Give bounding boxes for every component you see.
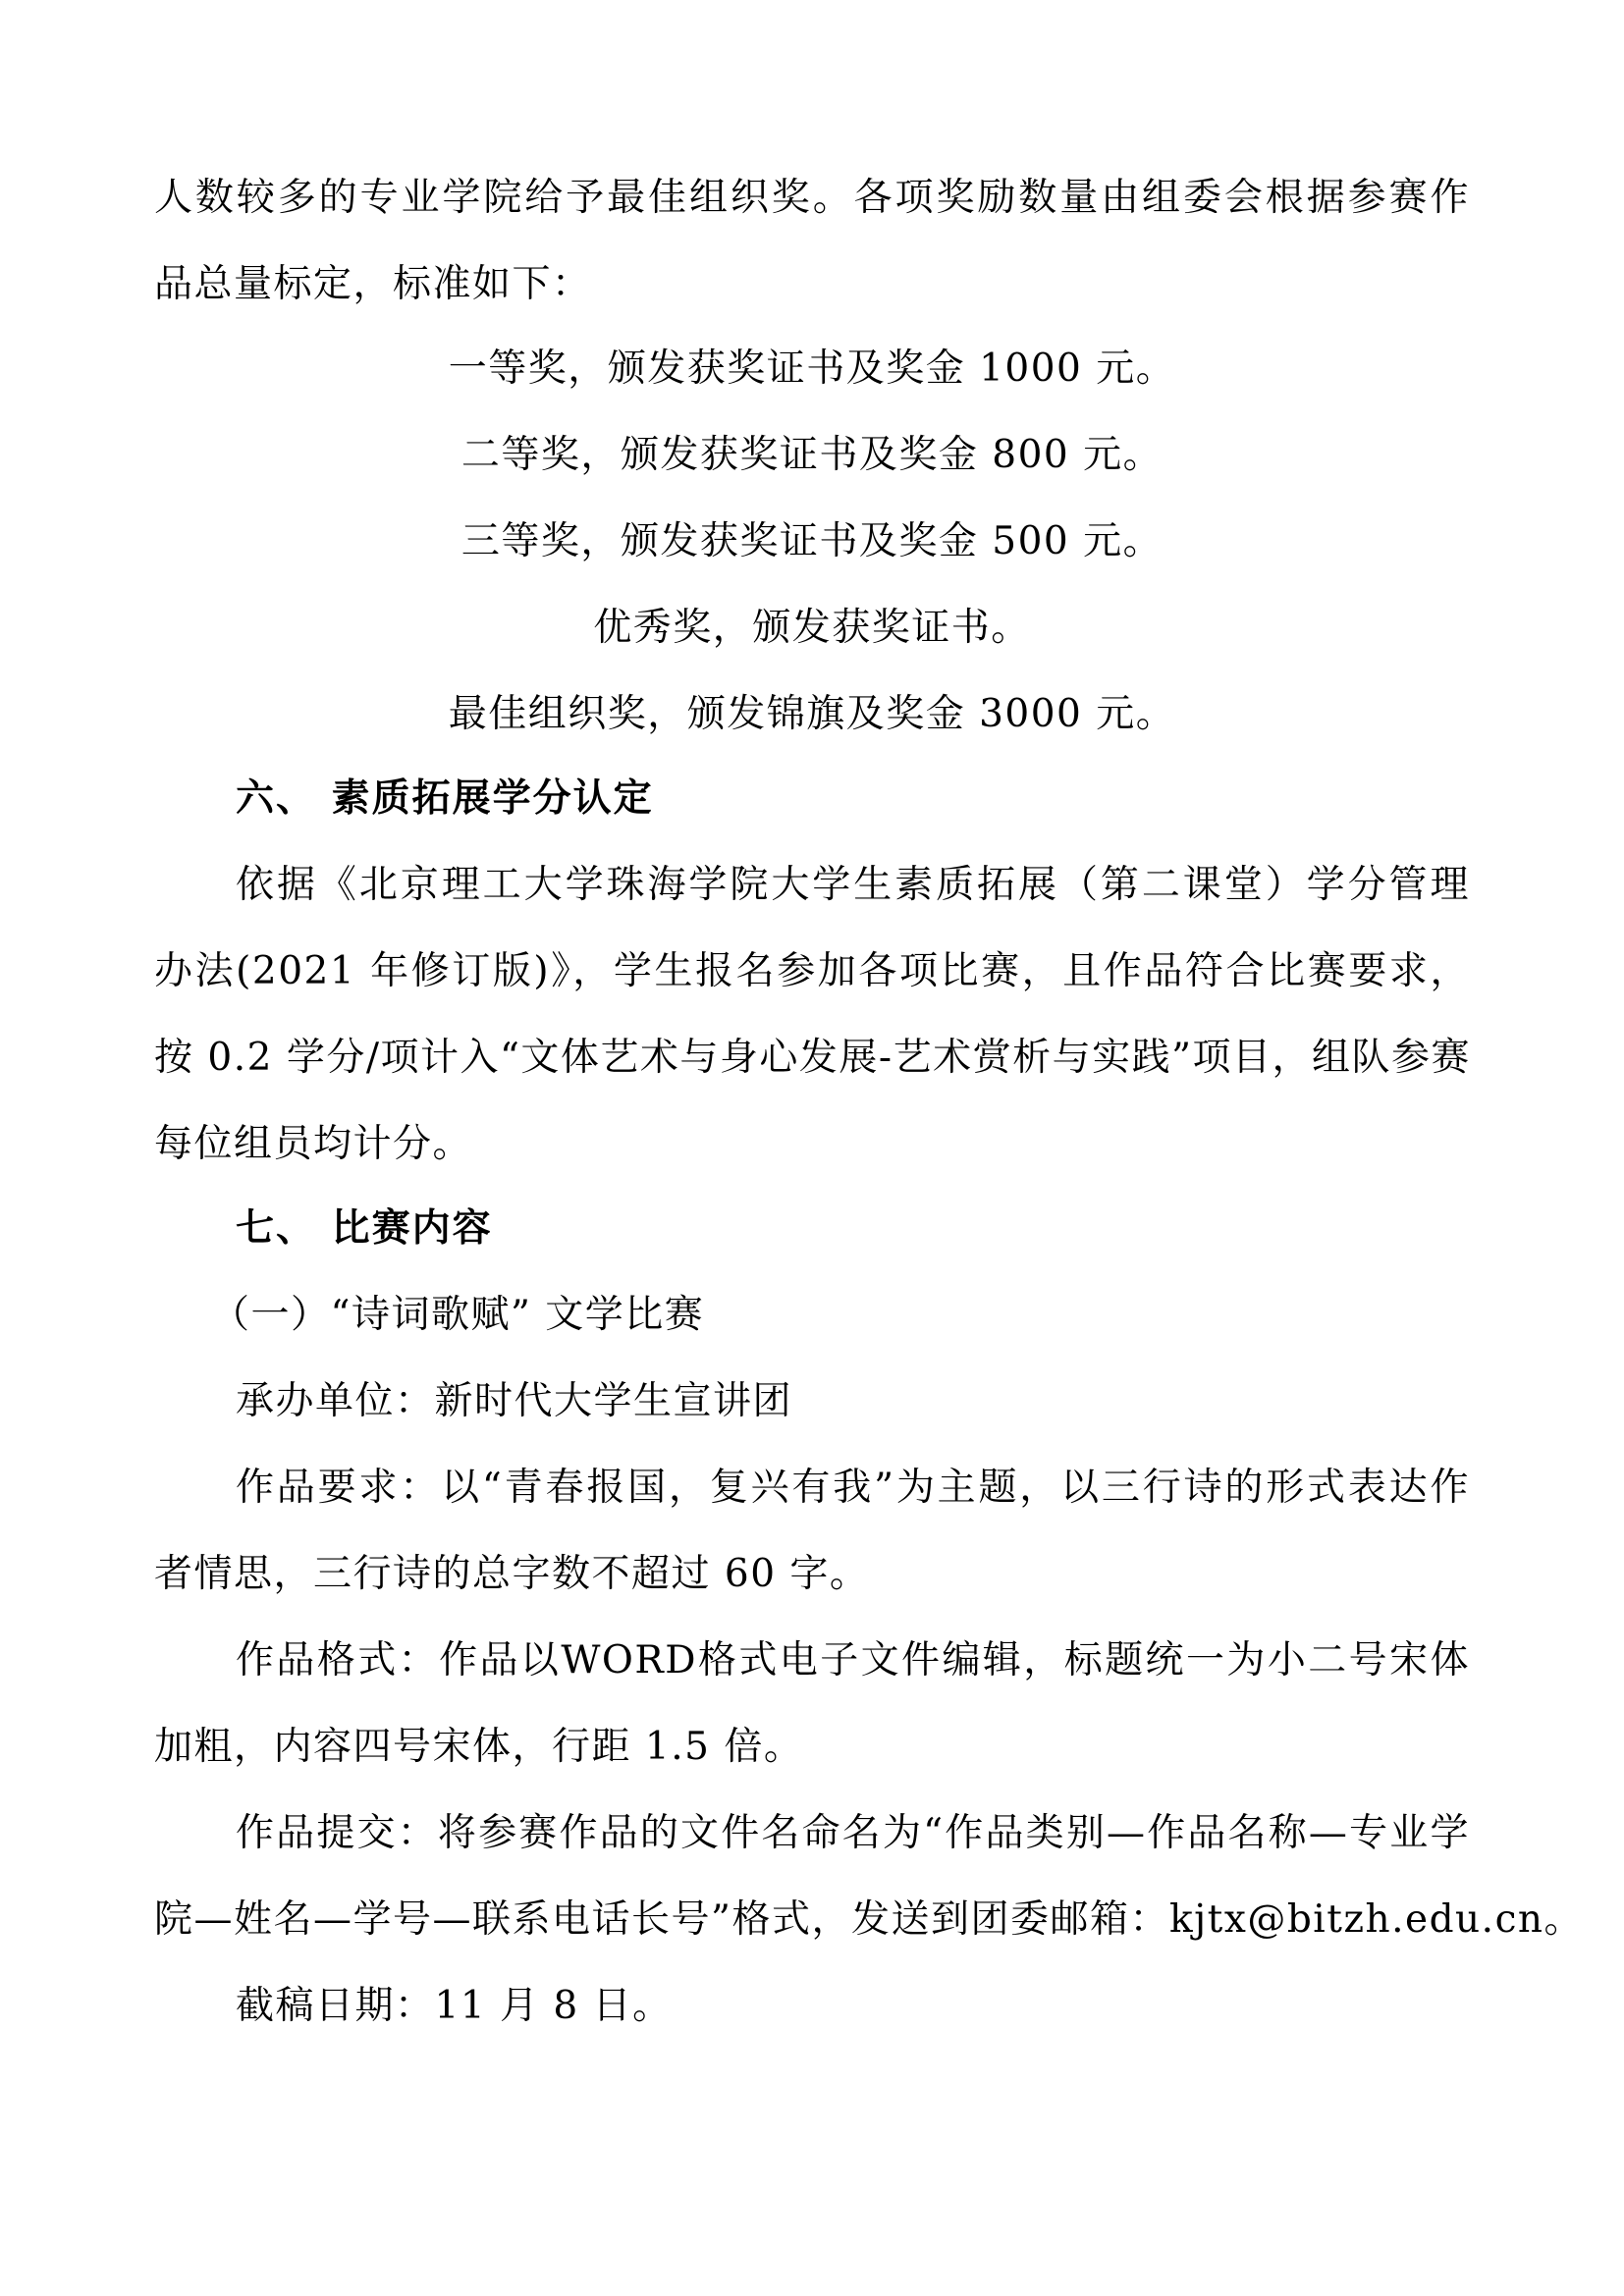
submit-line-email: 院—姓名—学号—联系电话长号”格式，发送到团委邮箱：kjtx@bitzh.edu…	[154, 1896, 1470, 1944]
award-excellence: 优秀奖，颁发获奖证书。	[154, 605, 1470, 652]
paragraph-line: 每位组员均计分。	[154, 1121, 1470, 1168]
subsection-heading-poetry: （一）“诗词歌赋” 文学比赛	[211, 1292, 1527, 1339]
award-second-prize: 二等奖，颁发获奖证书及奖金 800 元。	[154, 432, 1470, 479]
section-heading-credit: 六、 素质拓展学分认定	[236, 775, 1551, 823]
award-first-prize: 一等奖，颁发获奖证书及奖金 1000 元。	[154, 346, 1470, 393]
section-heading-contest: 七、 比赛内容	[236, 1205, 1551, 1253]
requirement-line: 作品要求：以“青春报国，复兴有我”为主题，以三行诗的形式表达作	[236, 1465, 1470, 1512]
requirement-line: 者情思，三行诗的总字数不超过 60 字。	[154, 1551, 1470, 1598]
paragraph-line: 品总量标定，标准如下：	[154, 261, 1470, 308]
format-line: 作品格式：作品以WORD格式电子文件编辑，标题统一为小二号宋体	[236, 1637, 1470, 1684]
document-page: 人数较多的专业学院给予最佳组织奖。各项奖励数量由组委会根据参赛作 品总量标定，标…	[0, 0, 1624, 2296]
deadline-line: 截稿日期：11 月 8 日。	[236, 1983, 1470, 2030]
paragraph-line: 办法(2021 年修订版)》，学生报名参加各项比赛，且作品符合比赛要求，	[154, 948, 1470, 995]
submit-line: 作品提交：将参赛作品的文件名命名为“作品类别—作品名称—专业学	[236, 1810, 1470, 1857]
organizer-line: 承办单位：新时代大学生宣讲团	[236, 1378, 1470, 1425]
award-best-organization: 最佳组织奖，颁发锦旗及奖金 3000 元。	[154, 691, 1470, 738]
paragraph-line: 按 0.2 学分/项计入“文体艺术与身心发展-艺术赏析与实践”项目，组队参赛	[154, 1035, 1470, 1082]
format-line: 加粗，内容四号宋体，行距 1.5 倍。	[154, 1724, 1470, 1771]
paragraph-line: 依据《北京理工大学珠海学院大学生素质拓展（第二课堂）学分管理	[236, 862, 1470, 909]
award-third-prize: 三等奖，颁发获奖证书及奖金 500 元。	[154, 518, 1470, 565]
paragraph-line: 人数较多的专业学院给予最佳组织奖。各项奖励数量由组委会根据参赛作	[154, 175, 1470, 222]
